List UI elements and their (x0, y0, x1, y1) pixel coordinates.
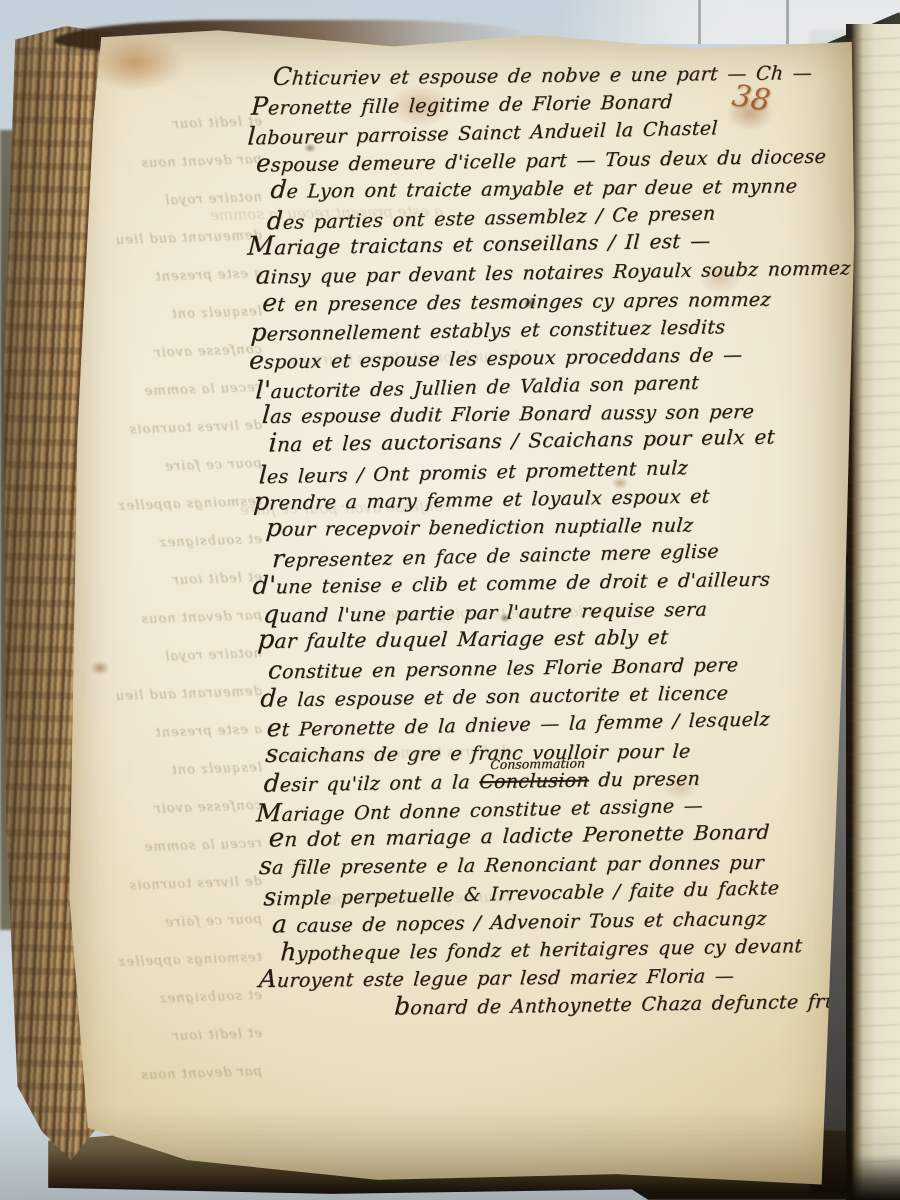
ghost-line: receu la somme (94, 369, 262, 413)
ghost-line: lesquelz ont (94, 293, 262, 337)
ghost-line: lesquelz ont (94, 749, 262, 793)
interlinear-correction: ConsommationConclusion (479, 769, 590, 793)
ghost-line: tesmoings appellez (94, 939, 262, 983)
ghost-line: et ledit iour (94, 106, 262, 147)
ghost-line: confesse avoir (94, 787, 262, 831)
bleedthrough-margin-text: et ledit iourpar devant nousnotaire roya… (94, 106, 262, 1116)
ghost-line: pour ce faire (94, 445, 262, 489)
ghost-line: demeurant aud lieu (94, 673, 262, 717)
ghost-line: et soubsignez (94, 977, 262, 1021)
ghost-line: tesmoings appellez (94, 483, 262, 527)
ghost-line: receu la somme (94, 825, 262, 869)
ghost-line: et soubsignez (94, 521, 262, 565)
line-suffix: du presen (588, 767, 700, 791)
ghost-line: par devant nous (94, 597, 262, 641)
ghost-line: notaire royal (94, 635, 262, 679)
photo-scene: et ledit iourpar devant nousnotaire roya… (0, 0, 900, 1200)
ghost-line: et ledit iour (94, 1015, 262, 1059)
ghost-line: et ledit iour (94, 559, 262, 603)
ghost-line: a este present (94, 711, 262, 755)
line-prefix: desir qu'ilz ont a la (263, 771, 480, 796)
ghost-line: confesse avoir (94, 331, 262, 375)
crossed-out-word: Conclusion (479, 769, 590, 793)
ghost-line: de livres tournois (94, 863, 262, 907)
facing-page-edge (846, 24, 900, 1200)
manuscript-page: et ledit iourpar devant nousnotaire roya… (60, 28, 855, 1188)
manuscript-line: bonard de Anthoynette Chaza defuncte fru (394, 985, 860, 1021)
ghost-line: de livres tournois (94, 407, 262, 451)
ghost-line: a este present (94, 255, 262, 299)
correction-word: Consommation (490, 757, 585, 771)
ghost-line: par devant nous (94, 141, 262, 185)
ghost-line: pour ce faire (94, 901, 262, 945)
manuscript-text-block: Chticuriev et espouse de nobve e une par… (245, 55, 860, 1023)
ghost-line: par devant nous (94, 1053, 262, 1097)
